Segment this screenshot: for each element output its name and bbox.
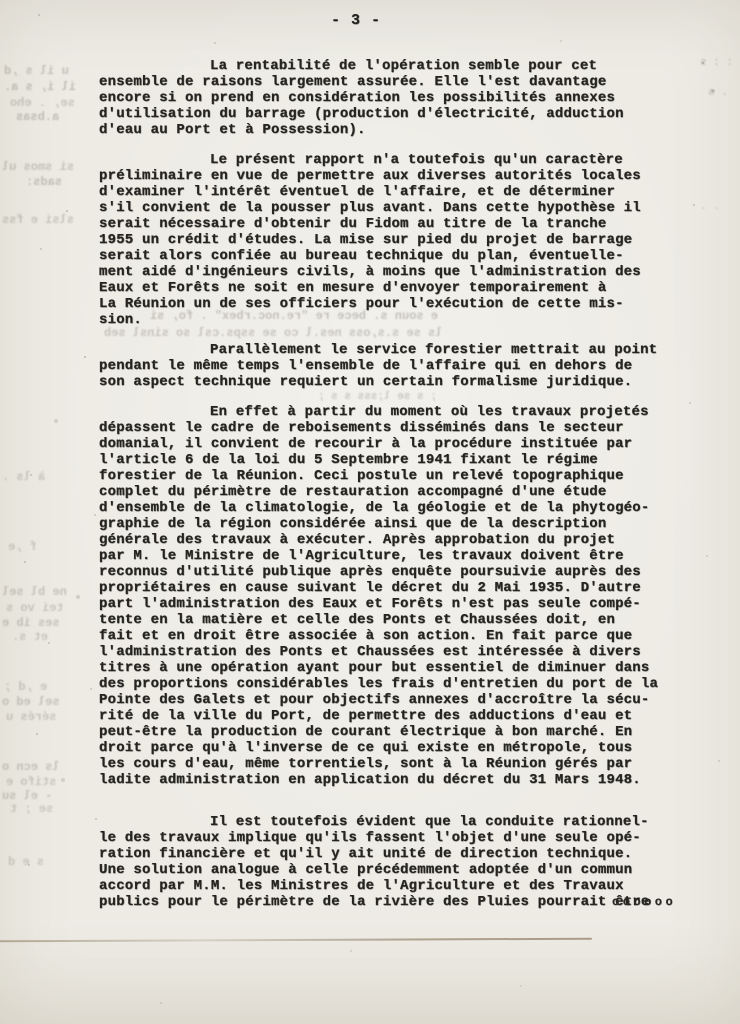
document-body: La rentabilité de l'opération semble pou… <box>99 58 683 924</box>
paragraph: Parallèlement le service forestier mettr… <box>99 342 683 390</box>
bleedthrough-text: f ,e <box>8 540 37 554</box>
text-line: ment aidé d'ingénieurs civils, à moins q… <box>99 264 683 280</box>
text-line: les cours d'eau, même torrentiels, sont … <box>99 756 683 772</box>
paragraph: Il est toutefois évident que la conduite… <box>99 814 683 910</box>
text-line: La rentabilité de l'opération semble pou… <box>99 58 683 74</box>
text-line: domanial, il convient de recourir à la p… <box>99 436 683 452</box>
bleedthrough-text: ne bl sel <box>2 585 67 599</box>
text-line: serait nécessaire d'obtenir du Fidom au … <box>99 216 683 232</box>
bleedthrough-text: s e d <box>8 855 44 869</box>
text-line: son aspect technique requiert un certain… <box>99 374 683 390</box>
text-line: peut-être la production de courant élect… <box>99 724 683 740</box>
paragraph: La rentabilité de l'opération semble pou… <box>99 58 683 138</box>
text-line: d'examiner l'intérêt éventuel de l'affai… <box>99 184 683 200</box>
text-line: publics pour le périmètre de la rivière … <box>99 894 683 910</box>
text-line: dépassent le cadre de reboisements dissé… <box>99 420 683 436</box>
bleedthrough-text: stifo e <box>6 775 56 789</box>
bleedthrough-text: sel ed o <box>2 695 60 709</box>
text-line: rité de la ville du Port, de permettre d… <box>99 708 683 724</box>
bleedthrough-text: si smos ul <box>2 160 74 174</box>
bleedthrough-text: et s. <box>12 630 48 644</box>
text-line: par M. le Ministre de l'Agriculture, les… <box>99 548 683 564</box>
scan-artifact-line <box>0 938 592 943</box>
bleedthrough-text: ses ib e <box>2 616 60 630</box>
text-line: La Réunion un de ses officiers pour l'ex… <box>99 296 683 312</box>
text-line: graphie de la région considérée ainsi qu… <box>99 516 683 532</box>
bleedthrough-text: - el su <box>2 789 52 803</box>
text-line: s'il convient de la pousser plus avant. … <box>99 200 683 216</box>
bleedthrough-text: u il s ,d <box>4 64 69 78</box>
text-line: d'utilisation du barrage (production d'é… <box>99 106 683 122</box>
text-line: des proportions considérables les frais … <box>99 676 683 692</box>
bleedthrough-text: : : s <box>700 56 733 70</box>
text-line: Pointe des Galets et pour objectifs anne… <box>99 692 683 708</box>
text-line: d'eau au Port et à Possession). <box>99 122 683 138</box>
text-line: titres à une opération ayant pour but es… <box>99 660 683 676</box>
text-line: l'article 6 de la loi du 5 Septembre 194… <box>99 452 683 468</box>
text-line: Le présent rapport n'a toutefois qu'un c… <box>99 152 683 168</box>
bleedthrough-text: sérés u <box>6 710 56 724</box>
bleedthrough-text: . . <box>700 200 720 214</box>
text-line: forestier de la Réunion. Ceci postule un… <box>99 468 683 484</box>
text-line: fait et en droit être associée à son act… <box>99 628 683 644</box>
paragraph: Le présent rapport n'a toutefois qu'un c… <box>99 152 683 328</box>
bleedthrough-text: à ls . <box>2 470 45 484</box>
text-line: encore si on prend en considération les … <box>99 90 683 106</box>
bleedthrough-text: il i, s a. <box>4 80 76 94</box>
bleedthrough-text: se ; t <box>10 802 53 816</box>
text-line: générale des travaux à exécuter. Après a… <box>99 532 683 548</box>
text-line: Il est toutefois évident que la conduite… <box>99 814 683 830</box>
bleedthrough-text: ls ecn o <box>2 760 60 774</box>
text-line: pendant le même temps l'ensemble de l'af… <box>99 358 683 374</box>
bleedthrough-text: sads: <box>26 175 62 189</box>
text-line: Eaux et Forêts ne soit en mesure d'envoy… <box>99 280 683 296</box>
bleedthrough-text: a.bsas <box>16 110 59 124</box>
text-line: En effet à partir du moment où les trava… <box>99 404 683 420</box>
bleedthrough-text: e ,d ; <box>4 680 47 694</box>
text-line: ration financière et qu'il y ait unité d… <box>99 846 683 862</box>
text-line: tente en la matière et celle des Ponts e… <box>99 612 683 628</box>
text-line: sion. <box>99 312 683 328</box>
end-of-section-dots: oooooo <box>612 896 676 908</box>
scan-noise <box>0 0 1 1</box>
text-line: préliminaire en vue de permettre aux div… <box>99 168 683 184</box>
text-line: 1955 un crédit d'études. La mise sur pie… <box>99 232 683 248</box>
text-line: l'administration des Ponts et Chaussées … <box>99 644 683 660</box>
bleedthrough-text: tei vo s <box>6 601 64 615</box>
text-line: ensemble de raisons largement assurée. E… <box>99 74 683 90</box>
text-line: propriétaires en cause suivant le décret… <box>99 580 683 596</box>
text-line: ladite administration en application du … <box>99 772 683 788</box>
text-line: d'ensemble de la climatologie, de la géo… <box>99 500 683 516</box>
text-line: reconnus d'utilité publique après enquêt… <box>99 564 683 580</box>
text-line: Une solution analogue à celle précédemme… <box>99 862 683 878</box>
text-line: le des travaux implique qu'ils fassent l… <box>99 830 683 846</box>
text-line: Parallèlement le service forestier mettr… <box>99 342 683 358</box>
paragraph: En effet à partir du moment où les trava… <box>99 404 683 788</box>
bleedthrough-text: se, . eho <box>10 96 75 110</box>
page-number: - 3 - <box>316 12 396 30</box>
bleedthrough-text: . s <box>708 86 728 100</box>
text-line: serait alors confiée au bureau technique… <box>99 248 683 264</box>
text-line: accord par M.M. les Ministres de l'Agric… <box>99 878 683 894</box>
text-line: droit parce qu'à l'inverse de ce qui exi… <box>99 740 683 756</box>
text-line: part l'administration des Eaux et Forêts… <box>99 596 683 612</box>
text-line: complet du périmètre de restauration acc… <box>99 484 683 500</box>
bleedthrough-text: slsi e fss <box>2 213 74 227</box>
document-page: u il s ,dil i, s a.se, . ehoa.bsassi smo… <box>0 0 740 1024</box>
